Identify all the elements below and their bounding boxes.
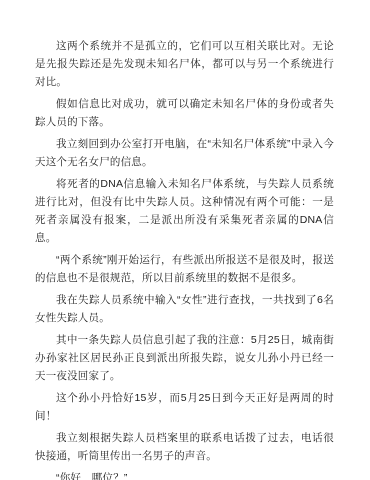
paragraph: 我立刻回到办公室打开电脑，在“未知名尸体系统”中录入今天这个无名女尸的信息。	[35, 135, 334, 171]
paragraph: 我在失踪人员系统中输入“女性”进行查找，一共找到了6名女性失踪人员。	[35, 291, 334, 327]
paragraph: 这个孙小丹恰好15岁，而5月25日到今天正好是两周的时间！	[35, 389, 334, 425]
paragraph: 我立刻根据失踪人员档案里的联系电话拨了过去，电话很快接通，听筒里传出一名男子的声…	[35, 429, 334, 465]
paragraph: “两个系统”刚开始运行，有些派出所报送不是很及时，报送的信息也不是很规范，所以目…	[35, 251, 334, 287]
ebook-page: 这两个系统并不是孤立的，它们可以互相关联比对。无论是先报失踪还是先发现未知名尸体…	[0, 0, 370, 480]
paragraph: 这两个系统并不是孤立的，它们可以互相关联比对。无论是先报失踪还是先发现未知名尸体…	[35, 37, 334, 91]
paragraph: 假如信息比对成功，就可以确定未知名尸体的身份或者失踪人员的下落。	[35, 95, 334, 131]
paragraph: “你好，哪位？”	[35, 469, 334, 480]
paragraph: 其中一条失踪人员信息引起了我的注意：5月25日，城南街办孙家社区居民孙正良到派出…	[35, 331, 334, 385]
paragraph: 将死者的DNA信息输入未知名尸体系统，与失踪人员系统进行比对，但没有比中失踪人员…	[35, 175, 334, 247]
